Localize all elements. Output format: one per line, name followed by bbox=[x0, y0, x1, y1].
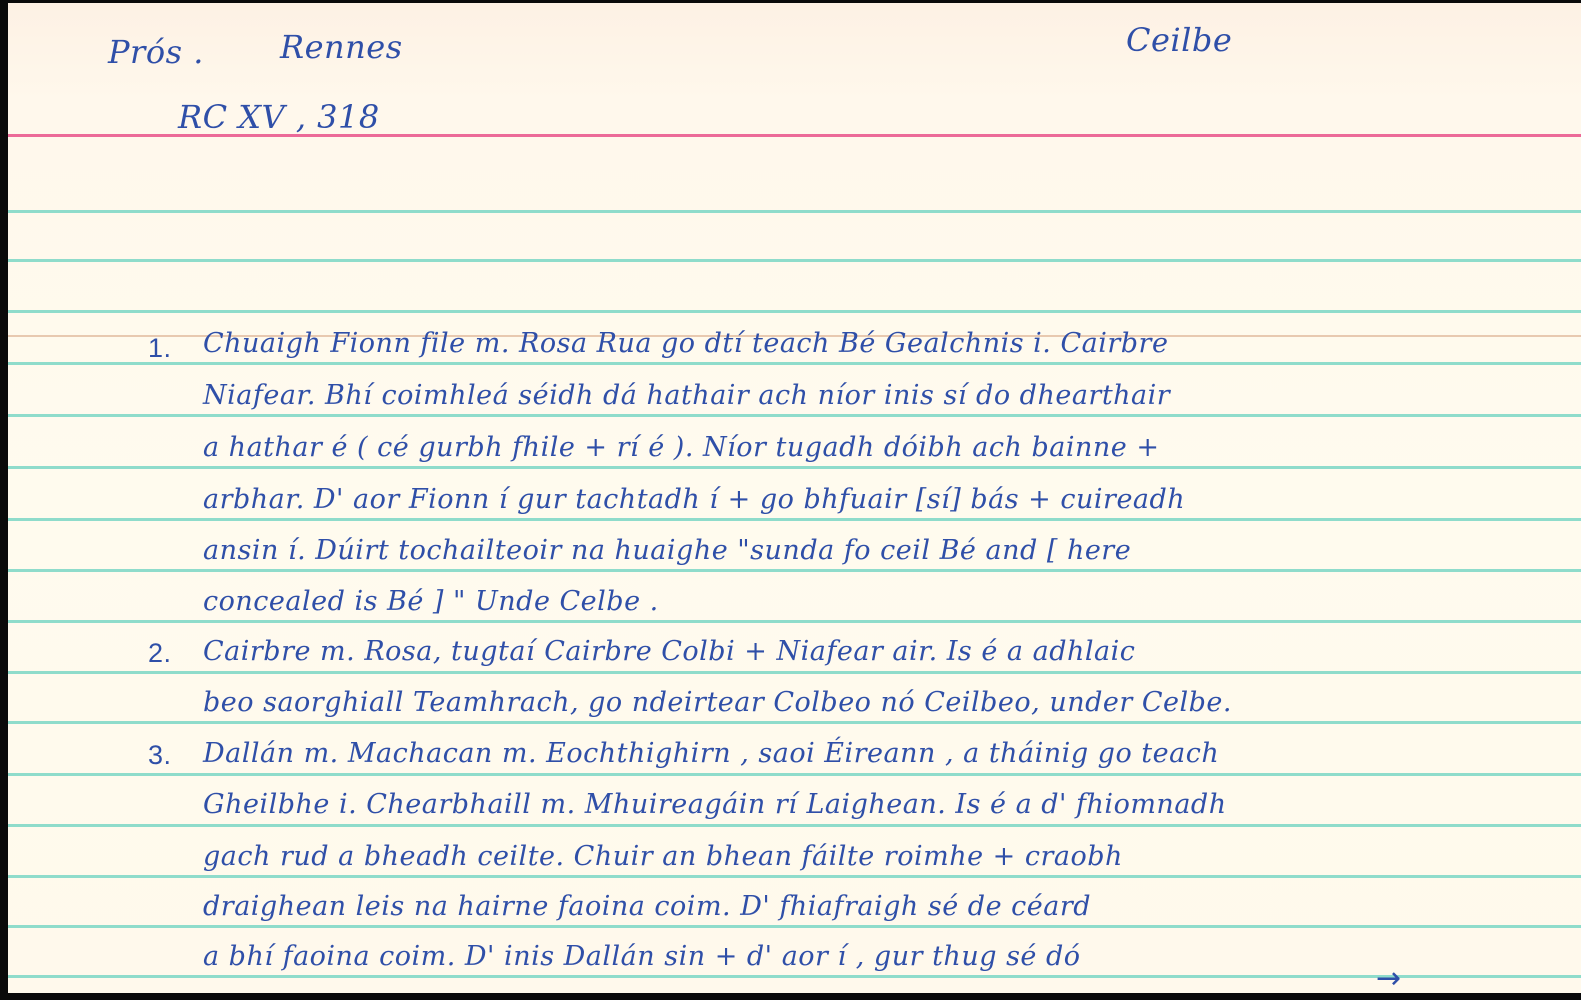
entry-line: Cairbre m. Rosa, tugtaí Cairbre Colbi + … bbox=[203, 636, 1135, 667]
ruled-line bbox=[8, 466, 1581, 469]
ruled-line bbox=[8, 259, 1581, 262]
source-label: Prós . bbox=[108, 33, 204, 71]
entry-line: ansin í. Dúirt tochailteoir na huaighe "… bbox=[203, 535, 1131, 566]
entry-line: Dallán m. Machacan m. Eochthighirn , sao… bbox=[203, 738, 1219, 769]
ruled-line bbox=[8, 518, 1581, 521]
ruled-line bbox=[8, 620, 1581, 623]
entry-line: a hathar é ( cé gurbh fhile + rí é ). Ní… bbox=[203, 432, 1159, 463]
entry-line: gach rud a bheadh ceilte. Chuir an bhean… bbox=[203, 841, 1123, 872]
entry-number: 2. bbox=[148, 638, 172, 669]
reference: RC XV , 318 bbox=[178, 98, 380, 136]
continuation-arrow-icon: → bbox=[1376, 961, 1402, 993]
ruled-line bbox=[8, 925, 1581, 928]
ruled-line bbox=[8, 875, 1581, 878]
entry-line: a bhí faoina coim. D' inis Dallán sin + … bbox=[203, 941, 1081, 972]
index-card: Prós . Rennes RC XV , 318 Ceilbe 1. Chua… bbox=[8, 3, 1581, 993]
ruled-line bbox=[8, 362, 1581, 365]
ruled-line bbox=[8, 721, 1581, 724]
entry-line: arbhar. D' aor Fionn í gur tachtadh í + … bbox=[203, 484, 1185, 515]
source-name: Rennes bbox=[280, 28, 403, 66]
ruled-line bbox=[8, 773, 1581, 776]
ruled-line bbox=[8, 414, 1581, 417]
entry-line: Gheilbhe i. Chearbhaill m. Mhuireagáin r… bbox=[203, 789, 1227, 820]
ruled-line bbox=[8, 569, 1581, 572]
entry-line: beo saorghiall Teamhrach, go ndeirtear C… bbox=[203, 687, 1232, 718]
ruled-line bbox=[8, 671, 1581, 674]
entry-number: 1. bbox=[148, 333, 172, 364]
entry-line: concealed is Bé ] " Unde Celbe . bbox=[203, 586, 659, 617]
entry-line: Chuaigh Fionn file m. Rosa Rua go dtí te… bbox=[203, 328, 1168, 359]
entry-line: Niafear. Bhí coimhleá séidh dá hathair a… bbox=[203, 380, 1170, 411]
ruled-line bbox=[8, 824, 1581, 827]
entry-number: 3. bbox=[148, 740, 172, 771]
ruled-line bbox=[8, 310, 1581, 313]
ruled-line bbox=[8, 975, 1581, 978]
headword: Ceilbe bbox=[1126, 21, 1232, 59]
ruled-line bbox=[8, 210, 1581, 213]
entry-line: draighean leis na hairne faoina coim. D'… bbox=[203, 891, 1091, 922]
